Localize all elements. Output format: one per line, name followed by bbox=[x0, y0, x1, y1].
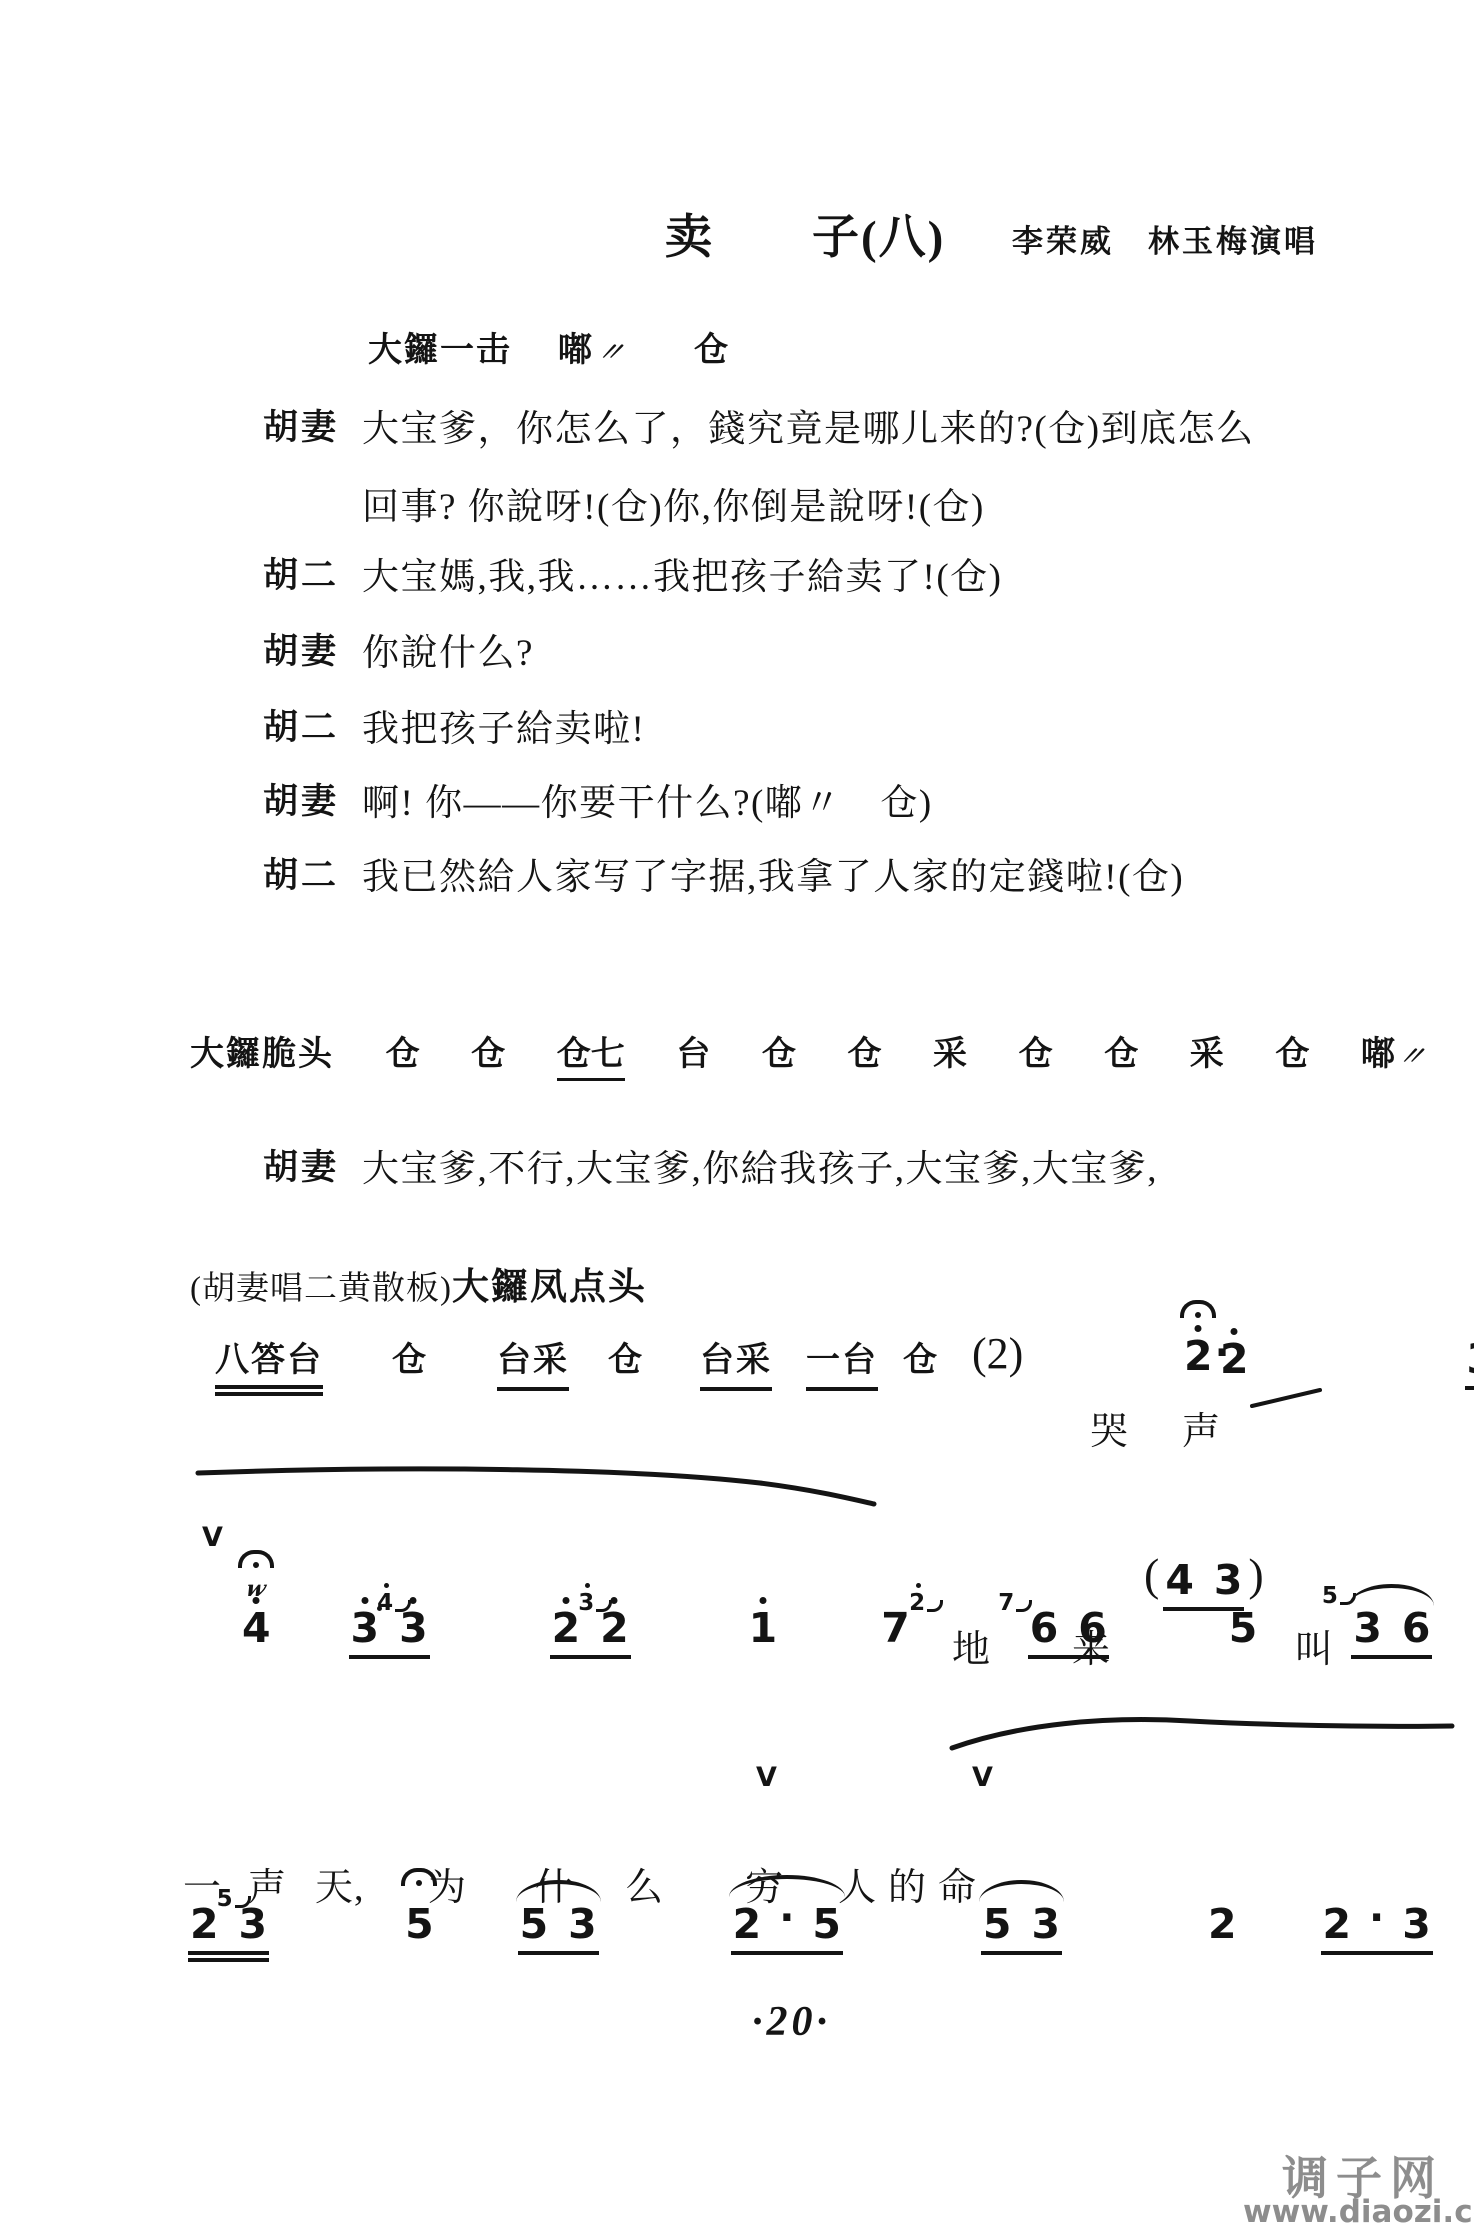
percussion-cue-1: 大鑼一击 嘟〃 仓 bbox=[368, 322, 730, 371]
luogu-group: 一台 bbox=[806, 1332, 878, 1391]
lyric-char: 一 bbox=[183, 1856, 222, 1911]
percussion-row: 大鑼脆头 仓 仓 仓七 台 仓 仓 采 仓 仓 采 仓 嘟〃 bbox=[190, 1026, 1425, 1081]
percussion-syllable: 仓 bbox=[471, 1026, 505, 1075]
note-trill-fermata: w4 bbox=[240, 1608, 273, 1649]
direction-label: 大鑼凤点头 bbox=[452, 1267, 647, 1308]
luogu-group: 台采 bbox=[497, 1332, 569, 1391]
speaker-label: 胡二 bbox=[263, 848, 339, 898]
lyric-char: 来 bbox=[1072, 1618, 1111, 1673]
dialogue-line: 大宝爹,不行,大宝爹,你給我孩子,大宝爹,大宝爹, bbox=[362, 1138, 1158, 1192]
luogu-syllable: 仓 bbox=[608, 1332, 644, 1381]
speaker-label: 胡妻 bbox=[263, 624, 339, 674]
percussion-syllable: 采 bbox=[1190, 1026, 1224, 1075]
note-group: 2·3 bbox=[1321, 1899, 1433, 1955]
speaker-label: 胡妻 bbox=[263, 400, 339, 450]
speaker-label: 胡二 bbox=[263, 700, 339, 750]
lyric-char: 人 bbox=[838, 1856, 877, 1911]
percussion-syllable: 嘟〃 bbox=[1361, 1026, 1425, 1075]
fermata-icon bbox=[238, 1550, 274, 1568]
watermark-site-url: www.diaozi.com bbox=[1243, 2194, 1474, 2230]
percussion-syllable: 仓 bbox=[694, 332, 730, 369]
percussion-syllable: 仓 bbox=[847, 1026, 881, 1075]
dialogue-line: 我已然給人家写了字据,我拿了人家的定錢啦!(仓) bbox=[362, 846, 1184, 900]
rest-note-parenthesized: (2) bbox=[968, 1328, 1027, 1379]
note-group-grace: 34 3 bbox=[349, 1608, 430, 1659]
lyric-char: 叫 bbox=[1295, 1618, 1334, 1673]
music-line-2: V w4 34 3 23 2 1 72 76 6 5 53 6 5 (43) 2… bbox=[0, 56, 1474, 107]
percussion-syllable: 台 bbox=[676, 1026, 710, 1075]
page-title: 卖 子(八) bbox=[665, 200, 945, 267]
stage-direction: (胡妻唱二黄散板)大鑼凤点头 bbox=[190, 1256, 647, 1310]
performers: 李荣威 林玉梅演唱 bbox=[1012, 216, 1318, 261]
percussion-label: 大鑼脆头 bbox=[190, 1026, 334, 1075]
note-group-slur: 53 bbox=[518, 1904, 599, 1955]
fermata-icon bbox=[1180, 1300, 1216, 1318]
speaker-label: 胡妻 bbox=[263, 774, 339, 824]
direction-paren: (胡妻唱二黄散板) bbox=[190, 1271, 452, 1307]
note-group-grace: 23 2 bbox=[550, 1608, 631, 1659]
lyric-char: 声 bbox=[1182, 1400, 1221, 1455]
lyric-char: 地 bbox=[952, 1618, 991, 1673]
note: 5 bbox=[1227, 1608, 1260, 1649]
dialogue-line: 你說什么? bbox=[362, 622, 534, 676]
luogu-group: 八答台 bbox=[215, 1342, 323, 1389]
speaker-label: 胡妻 bbox=[263, 1140, 339, 1190]
tie-icon bbox=[1016, 1600, 1032, 1612]
grace-note: 7 bbox=[998, 1592, 1034, 1615]
percussion-syllable: 仓 bbox=[1275, 1026, 1309, 1075]
percussion-label: 大鑼一击 bbox=[368, 332, 512, 369]
lyric-char: 么 bbox=[625, 1856, 664, 1911]
dialogue-line: 啊! 你——你要干什么?(嘟〃 仓) bbox=[362, 772, 933, 826]
dialogue-line: 我把孩子給卖啦! bbox=[362, 698, 645, 752]
score-page: 卖 子(八) 李荣威 林玉梅演唱 大鑼一击 嘟〃 仓 胡妻 大宝爹，你怎么了，錢… bbox=[0, 0, 1474, 2240]
lyric-char: 为 bbox=[428, 1856, 467, 1911]
percussion-syllable: 仓 bbox=[762, 1026, 796, 1075]
trill-icon: w bbox=[244, 1578, 268, 1600]
page-number: ·20· bbox=[752, 1998, 831, 2046]
percussion-syllable: 采 bbox=[933, 1026, 967, 1075]
percussion-syllable: 仓 bbox=[1019, 1026, 1053, 1075]
tremolo-slashes: 〃 bbox=[1393, 1036, 1431, 1073]
luogu-group: 台采 bbox=[700, 1332, 772, 1391]
dialogue-line: 大宝媽,我,我……我把孩子給卖了!(仓) bbox=[362, 546, 1002, 600]
note-group-parenthesized: (43) bbox=[1140, 1546, 1268, 1605]
percussion-syllable: 仓七 bbox=[557, 1026, 625, 1081]
breath-mark: V bbox=[972, 1762, 993, 1793]
percussion-syllable: 仓 bbox=[386, 1026, 420, 1075]
percussion-syllable: 仓 bbox=[1104, 1026, 1138, 1075]
dialogue-line: 大宝爹，你怎么了，錢究竟是哪儿来的?(仓)到底怎么 bbox=[362, 398, 1255, 452]
tie-icon bbox=[927, 1600, 943, 1612]
note: 1 bbox=[747, 1608, 780, 1649]
breath-mark: V bbox=[202, 1522, 223, 1553]
speaker-label: 胡二 bbox=[263, 548, 339, 598]
lyric-char: 命 bbox=[938, 1856, 977, 1911]
grace-note: 2 bbox=[909, 1592, 945, 1615]
breath-mark: V bbox=[756, 1762, 777, 1793]
percussion-syllable: 嘟 bbox=[558, 332, 594, 369]
note-group-grace: 25 3 bbox=[188, 1904, 269, 1955]
note: 2 bbox=[1206, 1904, 1239, 1945]
lyric-char: 的 bbox=[888, 1856, 927, 1911]
lyric-char: 声 bbox=[248, 1856, 287, 1911]
luogu-syllable: 仓 bbox=[903, 1332, 939, 1381]
music-line-1: 八答台 仓 台采 仓 台采 一台 仓 (2) 2 2· 3 哭 声 bbox=[0, 0, 1474, 56]
note-group: 3 bbox=[1465, 1339, 1474, 1390]
note-group-slur: 53 6 bbox=[1351, 1608, 1432, 1659]
lyric-char: 穷 bbox=[745, 1856, 784, 1911]
tremolo-slashes: 〃 bbox=[592, 332, 630, 369]
music-line-3: 25 3 5 53 2·5 53 V 2 2·3 V 5 w6 76 6w5 5… bbox=[0, 107, 1474, 163]
note-dotted-fermata: 2· bbox=[1182, 1334, 1230, 1380]
luogu-syllable: 仓 bbox=[392, 1332, 428, 1381]
tie-icon bbox=[1340, 1593, 1356, 1605]
lyric-char: 天, bbox=[315, 1856, 365, 1911]
dialogue-line: 回事? 你說呀!(仓)你,你倒是說呀!(仓) bbox=[362, 476, 985, 530]
lyric-char: 什 bbox=[535, 1856, 574, 1911]
grace-note: 5 bbox=[1322, 1585, 1358, 1608]
note-grace: 72 bbox=[879, 1608, 912, 1649]
note-group-slur: 53 bbox=[981, 1904, 1062, 1955]
lyric-char: 哭 bbox=[1090, 1400, 1129, 1455]
